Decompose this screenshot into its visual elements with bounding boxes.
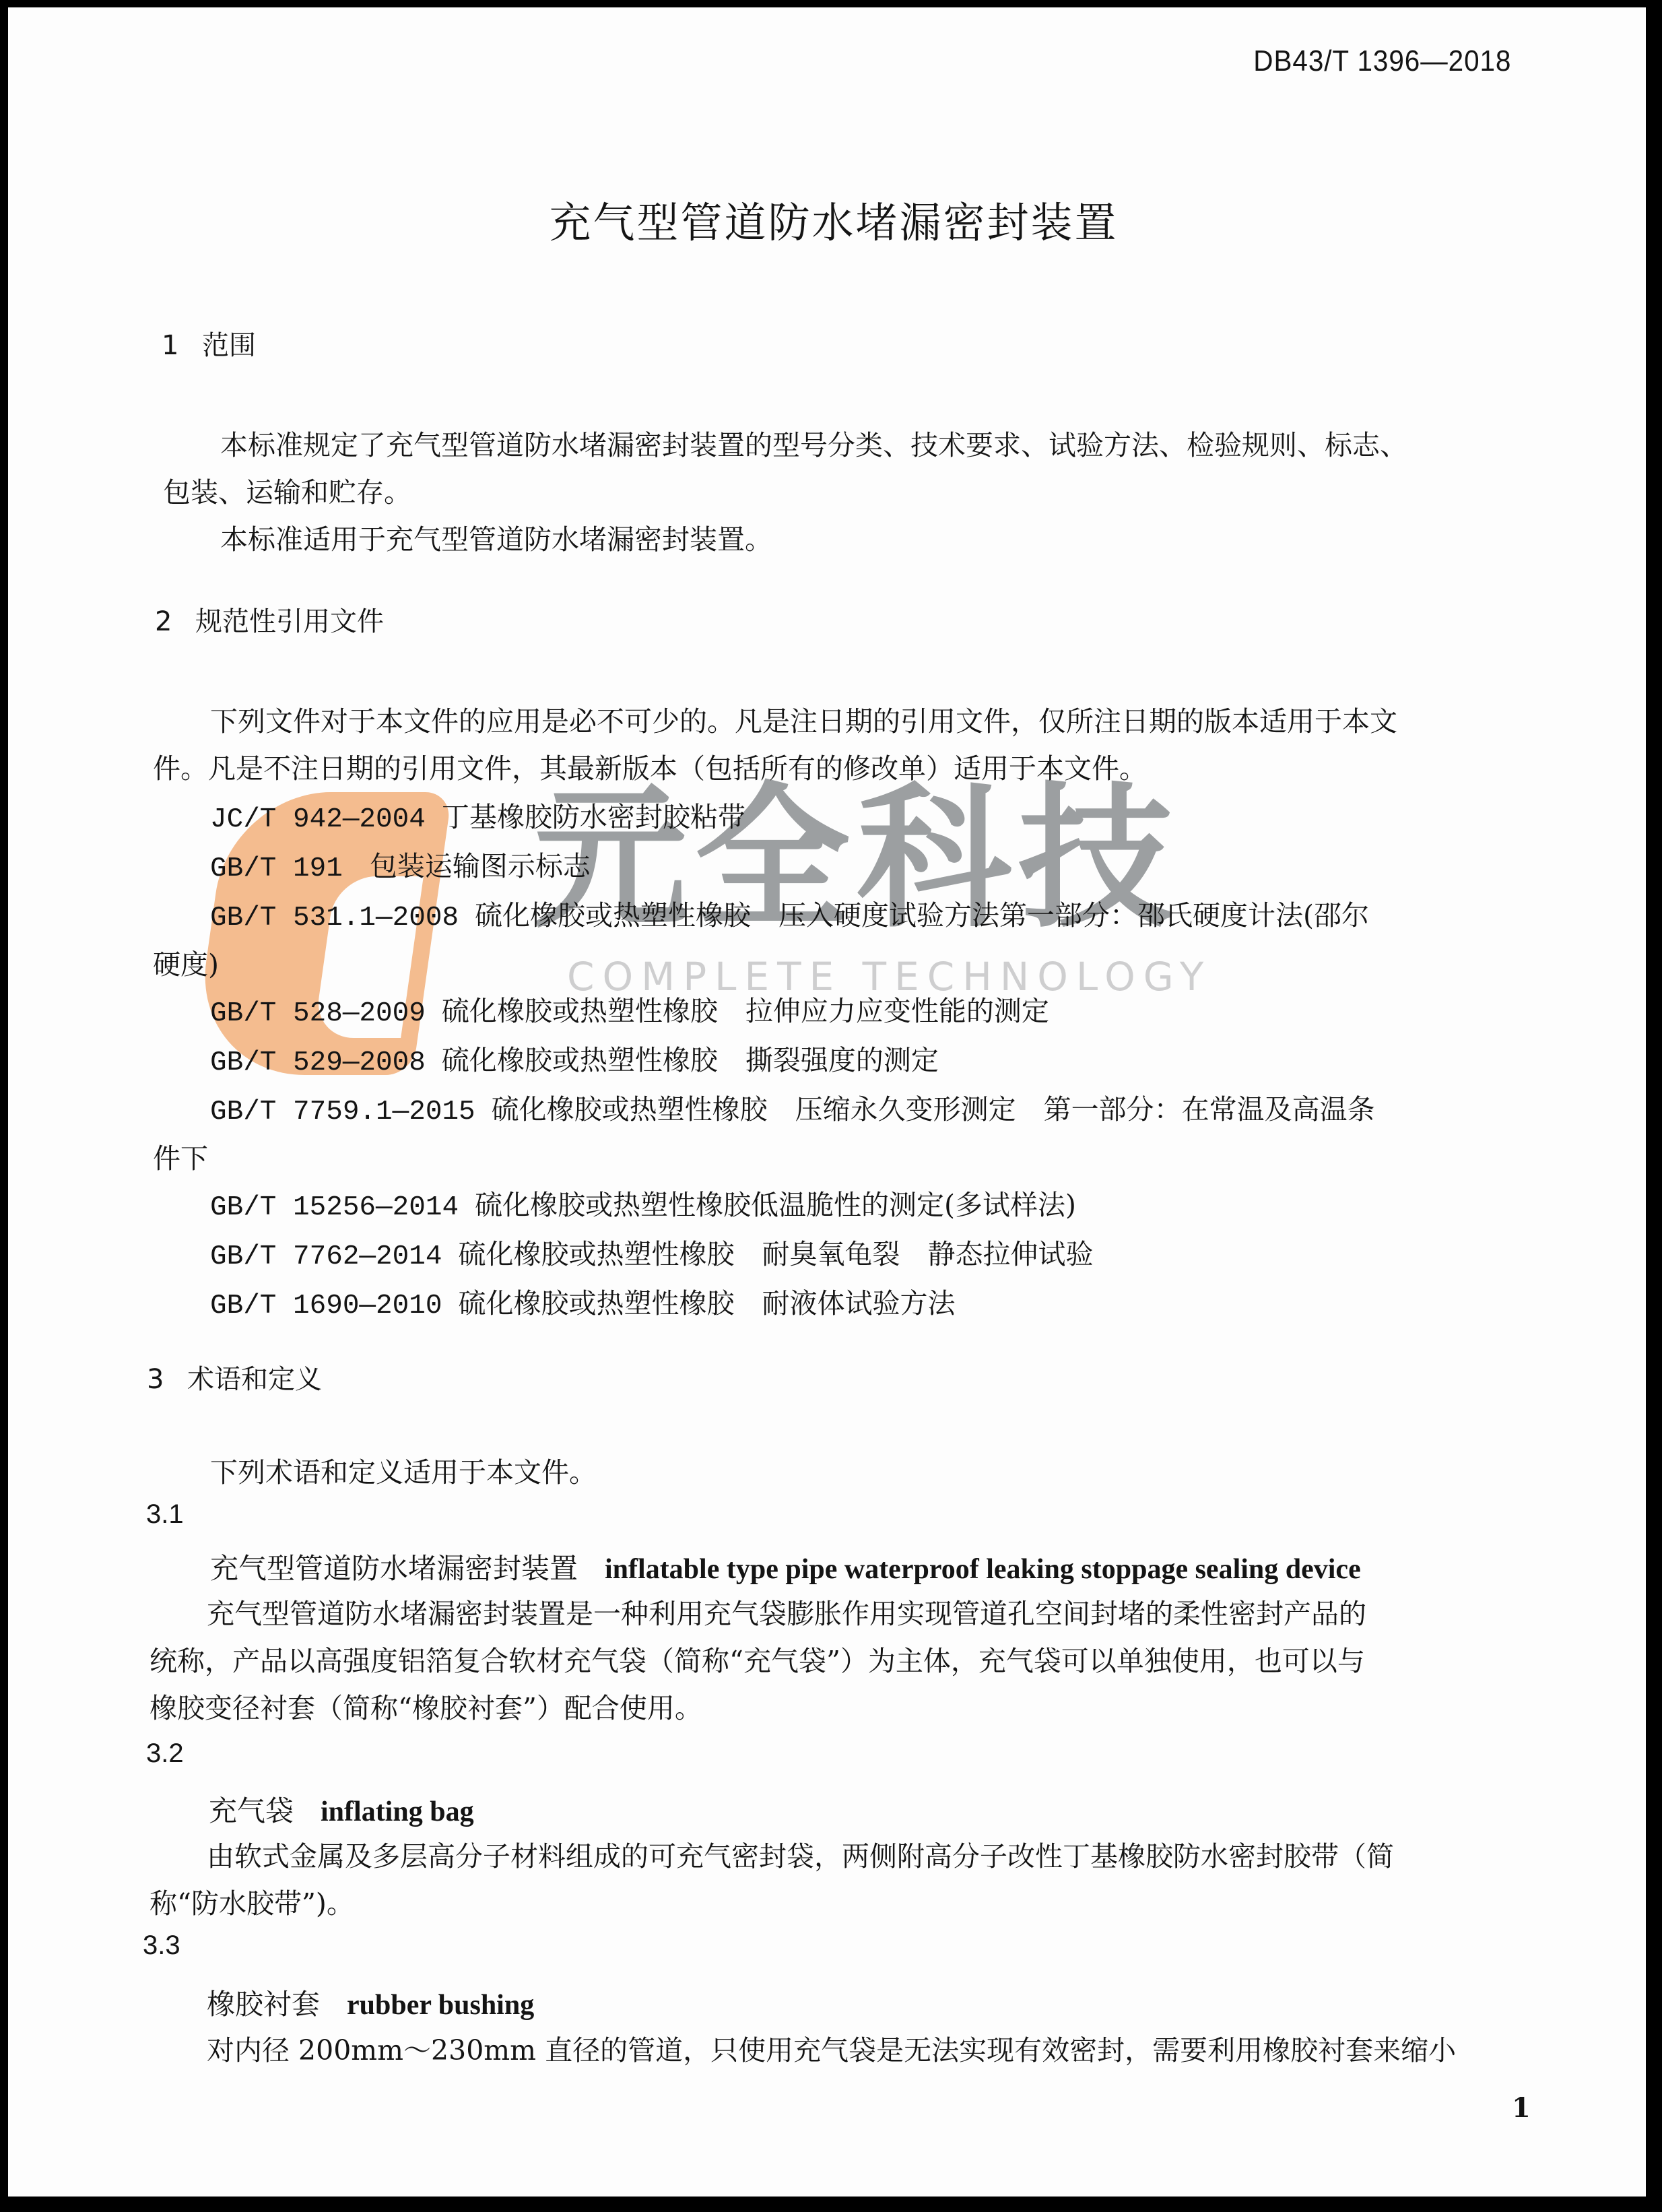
reference-item-continued: 件下 <box>153 1136 1375 1182</box>
reference-item: GB/T 529—2008硫化橡胶或热塑性橡胶 撕裂强度的测定 <box>153 1037 1375 1086</box>
term-en: rubber bushing <box>347 1990 534 2021</box>
term-heading: 橡胶衬套rubber bushing <box>207 1982 534 2023</box>
term-definition: 由软式金属及多层高分子材料组成的可充气密封袋，两侧附高分子改性丁基橡胶防水密封胶… <box>149 1833 1394 1927</box>
term-number: 3.2 <box>146 1738 184 1769</box>
reference-item: GB/T 7759.1—2015硫化橡胶或热塑性橡胶 压缩永久变形测定 第一部分… <box>153 1086 1375 1136</box>
page-number: 1 <box>1512 2092 1531 2124</box>
document-title: 充气型管道防水堵漏密封装置 <box>8 189 1646 249</box>
reference-item: GB/T 7762—2014硫化橡胶或热塑性橡胶 耐臭氧龟裂 静态拉伸试验 <box>153 1231 1375 1280</box>
term-heading: 充气型管道防水堵漏密封装置inflatable type pipe waterp… <box>210 1547 1361 1587</box>
section-title: 术语和定义 <box>187 1364 322 1395</box>
references-intro: 下列文件对于本文件的应用是必不可少的。凡是注日期的引用文件，仅所注日期的版本适用… <box>153 698 1397 792</box>
reference-item: GB/T 191包装运输图示标志 <box>153 843 1375 892</box>
scope-paragraph: 本标准规定了充气型管道防水堵漏密封装置的型号分类、技术要求、试验方法、检验规则、… <box>163 422 1407 563</box>
term-number: 3.3 <box>143 1930 180 1961</box>
section-title: 范围 <box>202 330 256 361</box>
terms-intro: 下列术语和定义适用于本文件。 <box>153 1449 597 1496</box>
document-content: DB43/T 1396—2018 充气型管道防水堵漏密封装置 1范围 本标准规定… <box>8 7 1646 2197</box>
term-zh: 充气袋 <box>209 1794 294 1827</box>
section-title: 规范性引用文件 <box>195 606 384 637</box>
term-en: inflatable type pipe waterproof leaking … <box>605 1554 1361 1585</box>
section-number: 3 <box>147 1364 187 1395</box>
section-number: 1 <box>162 330 202 361</box>
reference-list: JC/T 942—2004丁基橡胶防水密封胶粘带 GB/T 191包装运输图示标… <box>153 794 1375 1330</box>
reference-item: GB/T 531.1—2008硫化橡胶或热塑性橡胶 压入硬度试验方法第一部分：邵… <box>153 892 1375 942</box>
term-zh: 橡胶衬套 <box>207 1988 320 2021</box>
reference-item: JC/T 942—2004丁基橡胶防水密封胶粘带 <box>153 794 1375 843</box>
term-number: 3.1 <box>146 1499 184 1530</box>
reference-item: GB/T 15256—2014硫化橡胶或热塑性橡胶低温脆性的测定(多试样法) <box>153 1182 1375 1231</box>
reference-item: GB/T 528—2009硫化橡胶或热塑性橡胶 拉伸应力应变性能的测定 <box>153 988 1375 1037</box>
term-definition: 充气型管道防水堵漏密封装置是一种利用充气袋膨胀作用实现管道孔空间封堵的柔性密封产… <box>149 1590 1366 1732</box>
term-en: inflating bag <box>321 1796 474 1827</box>
reference-item: GB/T 1690—2010硫化橡胶或热塑性橡胶 耐液体试验方法 <box>153 1280 1375 1330</box>
section-number: 2 <box>155 606 195 637</box>
section-heading-3: 3术语和定义 <box>147 1358 322 1396</box>
section-heading-2: 2规范性引用文件 <box>155 600 384 639</box>
term-heading: 充气袋inflating bag <box>209 1789 474 1829</box>
term-definition: 对内径 200mm～230mm 直径的管道，只使用充气袋是无法实现有效密封，需要… <box>207 2027 1456 2074</box>
document-page: 元全科技 COMPLETE TECHNOLOGY DB43/T 1396—201… <box>8 7 1646 2197</box>
reference-item-continued: 硬度) <box>153 942 1375 988</box>
term-zh: 充气型管道防水堵漏密封装置 <box>210 1552 578 1585</box>
standard-code: DB43/T 1396—2018 <box>1253 44 1511 78</box>
section-heading-1: 1范围 <box>162 324 256 362</box>
